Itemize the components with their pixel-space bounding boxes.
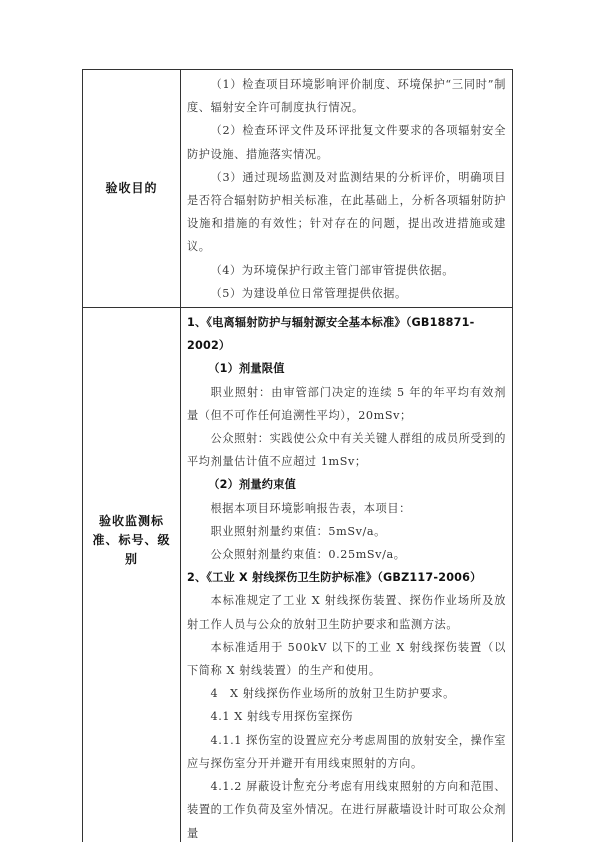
public-exposure-text: 公众照射：实践使公众中有关关键人群组的成员所受到的平均剂量估计值不应超过 1mS…	[187, 427, 506, 473]
label-line: 准、标号、级	[83, 531, 180, 550]
row-label-purpose: 验收目的	[83, 70, 181, 308]
standard-2-para-3: 4 X 射线探伤作业场所的放射卫生防护要求。	[187, 682, 506, 705]
dose-limit-heading: （1）剂量限值	[187, 357, 506, 380]
acceptance-table: 验收目的 （1）检查项目环境影响评价制度、环境保护“三同时”制度、辐射安全许可制…	[82, 69, 513, 842]
table-row-standards: 验收监测标 准、标号、级 别 1、《电离辐射防护与辐射源安全基本标准》（GB18…	[83, 308, 513, 842]
purpose-content: （1）检查项目环境影响评价制度、环境保护“三同时”制度、辐射安全许可制度执行情况…	[181, 70, 513, 308]
label-text: 验收目的	[105, 181, 157, 195]
standard-2-para-2: 本标准适用于 500kV 以下的工业 X 射线探伤装置（以下简称 X 射线装置）…	[187, 636, 506, 682]
page-number: 4	[0, 778, 593, 788]
standard-2-para-5: 4.1.1 探伤室的设置应充分考虑周围的放射安全，操作室应与探伤室分开并避开有用…	[187, 729, 506, 775]
purpose-item-4: （4）为环境保护行政主管门部审管提供依据。	[187, 259, 506, 282]
row-label-standards: 验收监测标 准、标号、级 别	[83, 308, 181, 842]
purpose-item-3: （3）通过现场监测及对监测结果的分析评价，明确项目是否符合辐射防护相关标准，在此…	[187, 166, 506, 259]
constraint-intro: 根据本项目环境影响报告表，本项目：	[187, 497, 506, 520]
standard-1-title: 1、《电离辐射防护与辐射源安全基本标准》（GB18871-2002）	[187, 311, 506, 357]
dose-constraint-heading: （2）剂量约束值	[187, 473, 506, 496]
standard-2-title: 2、《工业 X 射线探伤卫生防护标准》（GBZ117-2006）	[187, 566, 506, 589]
occupational-constraint: 职业照射剂量约束值：5mSv/a。	[187, 520, 506, 543]
label-line: 验收监测标	[83, 512, 180, 531]
document-page: 验收目的 （1）检查项目环境影响评价制度、环境保护“三同时”制度、辐射安全许可制…	[0, 0, 593, 842]
label-line: 别	[83, 550, 180, 569]
table-row-purpose: 验收目的 （1）检查项目环境影响评价制度、环境保护“三同时”制度、辐射安全许可制…	[83, 70, 513, 308]
standard-2-para-1: 本标准规定了工业 X 射线探伤装置、探伤作业场所及放射工作人员与公众的放射卫生防…	[187, 589, 506, 635]
public-constraint: 公众照射剂量约束值：0.25mSv/a。	[187, 543, 506, 566]
standards-content: 1、《电离辐射防护与辐射源安全基本标准》（GB18871-2002） （1）剂量…	[181, 308, 513, 842]
purpose-item-1: （1）检查项目环境影响评价制度、环境保护“三同时”制度、辐射安全许可制度执行情况…	[187, 73, 506, 119]
purpose-item-2: （2）检查环评文件及环评批复文件要求的各项辐射安全防护设施、措施落实情况。	[187, 119, 506, 165]
occupational-exposure-text: 职业照射：由审管部门决定的连续 5 年的年平均有效剂量（但不可作任何追溯性平均）…	[187, 381, 506, 427]
standard-2-para-4: 4.1 X 射线专用探伤室探伤	[187, 705, 506, 728]
purpose-item-5: （5）为建设单位日常管理提供依据。	[187, 282, 506, 305]
